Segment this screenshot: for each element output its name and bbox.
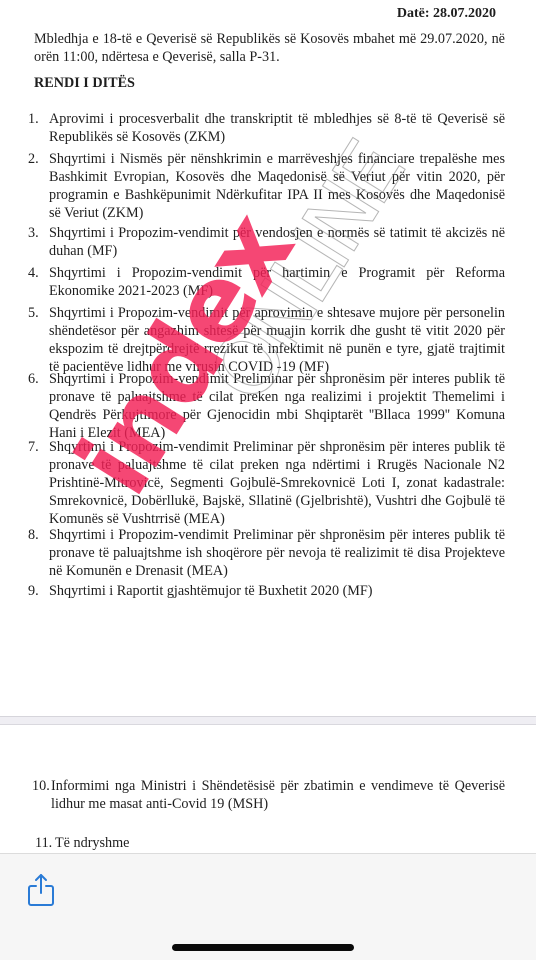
agenda-item-text: Shqyrtimi i Propozim-vendimit Preliminar…	[49, 526, 505, 580]
agenda-item-number: 6.	[28, 370, 48, 388]
agenda-item-9: 9. Shqyrtimi i Raportit gjashtëmujor të …	[28, 582, 505, 600]
page-break	[0, 716, 536, 725]
agenda-item-text: Shqyrtimi i Propozim-vendimit për aprovi…	[49, 304, 505, 376]
agenda-item-number: 11.	[35, 834, 59, 852]
agenda-item-5: 5. Shqyrtimi i Propozim-vendimit për apr…	[28, 304, 505, 376]
document-page-2: 10. Informimi nga Ministri i Shëndetësis…	[0, 725, 536, 855]
meeting-intro: Mbledhja e 18-të e Qeverisë së Republikë…	[34, 30, 505, 66]
document-date: Datë: 28.07.2020	[397, 6, 496, 22]
agenda-item-text: Aprovimi i procesverbalit dhe transkript…	[49, 110, 505, 146]
home-indicator[interactable]	[172, 944, 354, 951]
document-page-1: Datë: 28.07.2020 Mbledhja e 18-të e Qeve…	[0, 0, 536, 716]
agenda-item-text: Shqyrtimi i Raportit gjashtëmujor të Bux…	[49, 582, 505, 600]
share-button[interactable]	[26, 872, 56, 908]
agenda-item-7: 7. Shqyrtimi i Propozim-vendimit Prelimi…	[28, 438, 505, 528]
agenda-item-2: 2. Shqyrtimi i Nismës për nënshkrimin e …	[28, 150, 505, 222]
agenda-item-11: 11. Të ndryshme	[35, 834, 512, 852]
agenda-item-text: Shqyrtimi i Propozim-vendimit Preliminar…	[49, 370, 505, 442]
agenda-item-6: 6. Shqyrtimi i Propozim-vendimit Prelimi…	[28, 370, 505, 442]
agenda-item-number: 5.	[28, 304, 48, 322]
agenda-item-text: Shqyrtimi i Propozim-vendimit Preliminar…	[49, 438, 505, 528]
agenda-item-number: 9.	[28, 582, 48, 600]
agenda-item-number: 1.	[28, 110, 48, 128]
agenda-item-number: 4.	[28, 264, 48, 282]
agenda-item-text: Shqyrtimi i Propozim-vendimit për hartim…	[49, 264, 505, 300]
agenda-item-text: Shqyrtimi i Nismës për nënshkrimin e mar…	[49, 150, 505, 222]
share-icon	[26, 872, 56, 908]
agenda-item-number: 7.	[28, 438, 48, 456]
agenda-item-number: 8.	[28, 526, 48, 544]
agenda-item-text: Shqyrtimi i Propozim-vendimit për vendos…	[49, 224, 505, 260]
agenda-heading: RENDI I DITËS	[34, 75, 135, 92]
bottom-toolbar	[0, 853, 536, 960]
agenda-item-number: 10.	[32, 777, 56, 795]
agenda-item-4: 4. Shqyrtimi i Propozim-vendimit për har…	[28, 264, 505, 300]
agenda-item-1: 1. Aprovimi i procesverbalit dhe transkr…	[28, 110, 505, 146]
agenda-item-3: 3. Shqyrtimi i Propozim-vendimit për ven…	[28, 224, 505, 260]
agenda-item-text: Të ndryshme	[55, 834, 512, 852]
agenda-item-number: 3.	[28, 224, 48, 242]
agenda-item-10: 10. Informimi nga Ministri i Shëndetësis…	[32, 777, 505, 813]
agenda-item-number: 2.	[28, 150, 48, 168]
agenda-item-8: 8. Shqyrtimi i Propozim-vendimit Prelimi…	[28, 526, 505, 580]
agenda-item-text: Informimi nga Ministri i Shëndetësisë pë…	[51, 777, 505, 813]
